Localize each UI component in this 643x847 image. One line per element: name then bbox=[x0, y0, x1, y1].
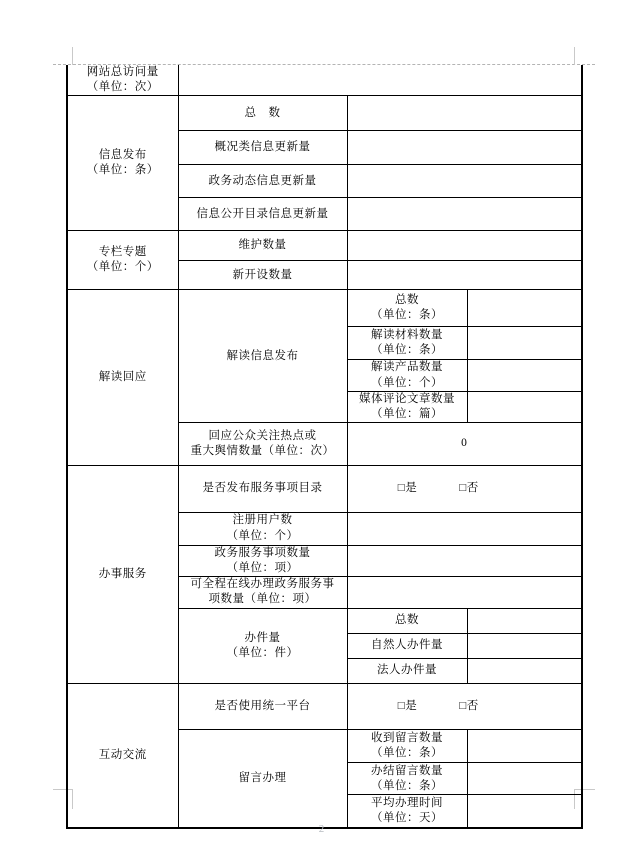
value-interpret-materials[interactable] bbox=[467, 327, 582, 360]
value-messages-received[interactable] bbox=[467, 730, 582, 763]
row-label-info-total: 总 数 bbox=[178, 96, 347, 131]
value-interpret-products[interactable] bbox=[467, 360, 582, 391]
row-label-case-total: 总数 bbox=[347, 608, 467, 633]
group-label-message-handling: 留言办理 bbox=[178, 730, 347, 828]
value-overview-updates[interactable] bbox=[347, 131, 582, 165]
row-label-service-catalog-published: 是否发布服务事项目录 bbox=[178, 466, 347, 513]
table-row: 解读回应 解读信息发布 总数 （单位：条） bbox=[67, 290, 582, 327]
margin-mark-top-left bbox=[72, 47, 73, 65]
table-row: 网站总访问量 （单位：次） bbox=[67, 65, 582, 96]
category-info-publish: 信息发布 （单位：条） bbox=[67, 96, 178, 231]
row-label-full-online-items-count: 可全程在线办理政务服务事 项数量（单位：项） bbox=[178, 576, 347, 608]
value-messages-completed[interactable] bbox=[467, 763, 582, 795]
category-columns-topics: 专栏专题 （单位：个） bbox=[67, 231, 178, 290]
value-media-articles[interactable] bbox=[467, 391, 582, 422]
table-row: 互动交流 是否使用统一平台 □是 □否 bbox=[67, 683, 582, 730]
row-label-hot-response-count: 回应公众关注热点或 重大舆情数量（单位：次） bbox=[178, 423, 347, 466]
row-label-site-total-visits: 网站总访问量 （单位：次） bbox=[67, 65, 178, 96]
value-unified-platform: □是 □否 bbox=[347, 683, 582, 730]
row-label-messages-completed: 办结留言数量 （单位：条） bbox=[347, 763, 467, 795]
row-label-interpret-total: 总数 （单位：条） bbox=[347, 290, 467, 327]
value-service-items-count[interactable] bbox=[347, 545, 582, 576]
category-services: 办事服务 bbox=[67, 466, 178, 684]
value-disclosure-catalog-updates[interactable] bbox=[347, 198, 582, 231]
value-gov-news-updates[interactable] bbox=[347, 165, 582, 198]
value-hot-response-count[interactable]: 0 bbox=[347, 423, 582, 466]
value-maintained-count[interactable] bbox=[347, 231, 582, 261]
row-label-maintained-count: 维护数量 bbox=[178, 231, 347, 261]
value-interpret-total[interactable] bbox=[467, 290, 582, 327]
table-row: 信息发布 （单位：条） 总 数 bbox=[67, 96, 582, 131]
row-label-interpret-products: 解读产品数量 （单位：个） bbox=[347, 360, 467, 391]
row-label-service-items-count: 政务服务事项数量 （单位：项） bbox=[178, 545, 347, 576]
checkbox-yes[interactable]: □是 bbox=[398, 699, 417, 714]
value-service-catalog-published: □是 □否 bbox=[347, 466, 582, 513]
value-newly-opened-count[interactable] bbox=[347, 261, 582, 290]
row-label-legal-person-cases: 法人办件量 bbox=[347, 658, 467, 683]
row-label-gov-news-updates: 政务动态信息更新量 bbox=[178, 165, 347, 198]
group-label-case-volume: 办件量 （单位：件） bbox=[178, 608, 347, 683]
checkbox-yes[interactable]: □是 bbox=[398, 481, 417, 496]
value-case-total[interactable] bbox=[467, 608, 582, 633]
statistics-table: 网站总访问量 （单位：次） 信息发布 （单位：条） 总 数 概况类信息更新量 政… bbox=[66, 65, 583, 829]
row-label-natural-person-cases: 自然人办件量 bbox=[347, 633, 467, 658]
value-site-total-visits[interactable] bbox=[178, 65, 582, 96]
value-legal-person-cases[interactable] bbox=[467, 658, 582, 683]
value-natural-person-cases[interactable] bbox=[467, 633, 582, 658]
checkbox-no[interactable]: □否 bbox=[459, 699, 478, 714]
checkbox-no[interactable]: □否 bbox=[459, 481, 478, 496]
table-row: 办事服务 是否发布服务事项目录 □是 □否 bbox=[67, 466, 582, 513]
category-interaction: 互动交流 bbox=[67, 683, 178, 828]
value-info-total[interactable] bbox=[347, 96, 582, 131]
row-label-unified-platform: 是否使用统一平台 bbox=[178, 683, 347, 730]
row-label-disclosure-catalog-updates: 信息公开目录信息更新量 bbox=[178, 198, 347, 231]
table-row: 专栏专题 （单位：个） 维护数量 bbox=[67, 231, 582, 261]
document-page: 网站总访问量 （单位：次） 信息发布 （单位：条） 总 数 概况类信息更新量 政… bbox=[0, 0, 643, 847]
row-label-newly-opened-count: 新开设数量 bbox=[178, 261, 347, 290]
margin-mark-top-right bbox=[574, 47, 575, 65]
category-interpret-respond: 解读回应 bbox=[67, 290, 178, 466]
row-label-interpret-materials: 解读材料数量 （单位：条） bbox=[347, 327, 467, 360]
value-registered-users[interactable] bbox=[347, 512, 582, 545]
row-label-registered-users: 注册用户数 （单位：个） bbox=[178, 512, 347, 545]
row-label-messages-received: 收到留言数量 （单位：条） bbox=[347, 730, 467, 763]
page-number: 2 bbox=[0, 823, 643, 835]
row-label-media-articles: 媒体评论文章数量 （单位：篇） bbox=[347, 391, 467, 422]
value-full-online-items-count[interactable] bbox=[347, 576, 582, 608]
group-label-interpret-publish: 解读信息发布 bbox=[178, 290, 347, 423]
row-label-overview-updates: 概况类信息更新量 bbox=[178, 131, 347, 165]
